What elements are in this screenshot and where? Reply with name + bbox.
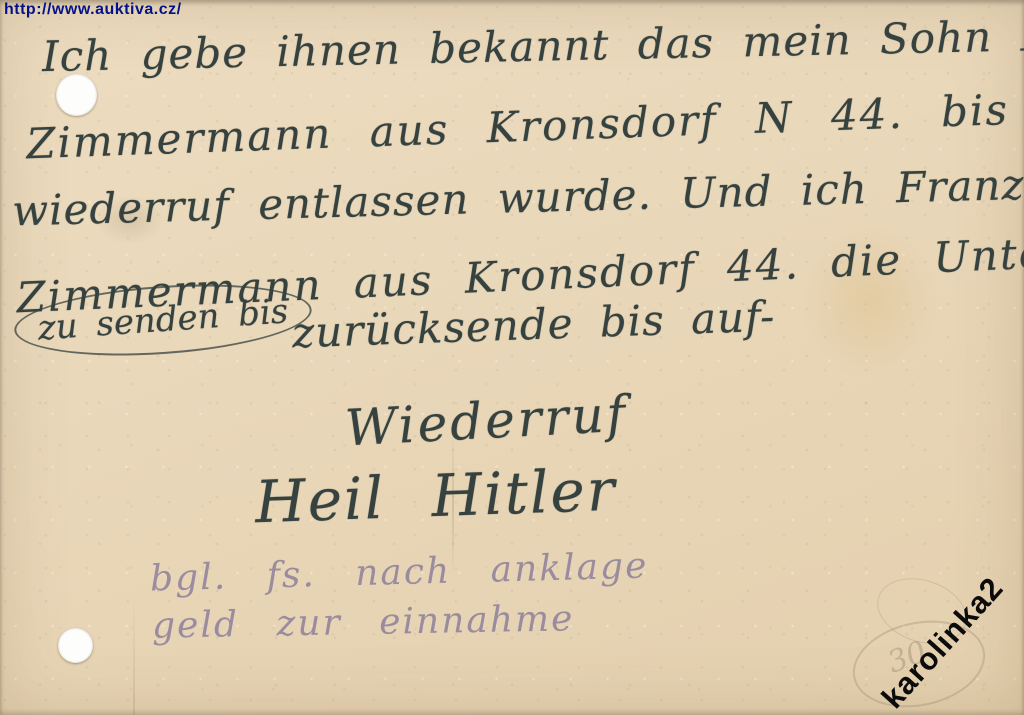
signature: Heil Hitler bbox=[254, 456, 618, 537]
pencil-note-line-2: geld zur einnahme bbox=[152, 598, 575, 646]
circled-phrase: zu senden bis bbox=[37, 291, 290, 348]
seller-watermark: karolinka2 bbox=[858, 568, 1024, 715]
paper-crease bbox=[133, 595, 135, 715]
seller-watermark-text: karolinka2 bbox=[875, 570, 1011, 715]
punch-hole-bottom bbox=[58, 628, 93, 663]
auction-site-watermark: http://www.auktiva.cz/ bbox=[4, 1, 182, 19]
